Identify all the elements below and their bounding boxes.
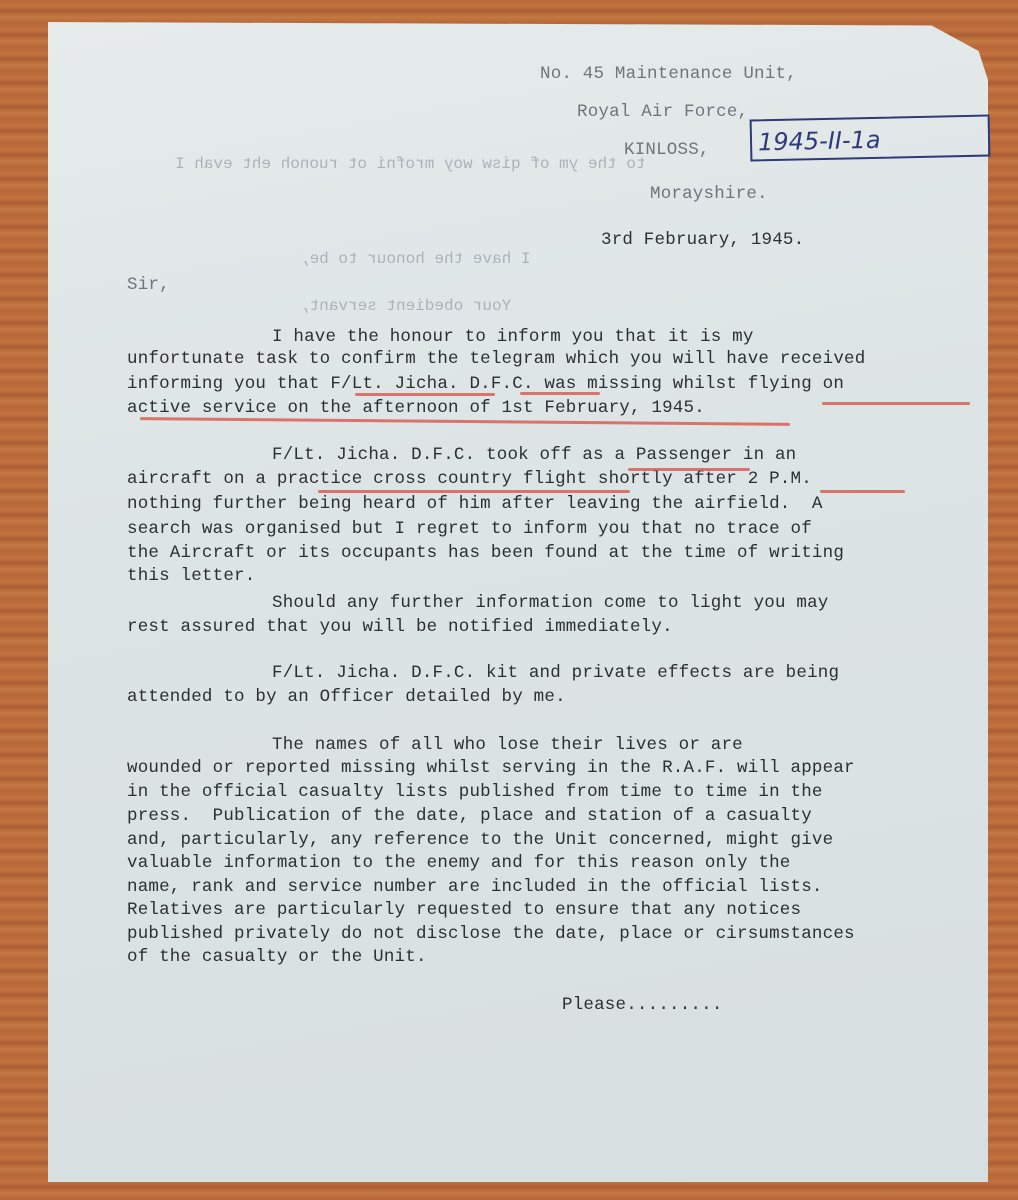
p5-line: published privately do not disclose the … — [127, 923, 855, 945]
p5-line: valuable information to the enemy and fo… — [127, 852, 791, 874]
p2-line: F/Lt. Jicha. D.F.C. took off as a Passen… — [272, 444, 796, 466]
p3-line: Should any further information come to l… — [272, 592, 829, 614]
p5-line: and, particularly, any reference to the … — [127, 829, 833, 851]
p1-line: informing you that F/Lt. Jicha. D.F.C. w… — [127, 373, 844, 395]
bleed-through-text: to the ym of qisw woy mrofni ot ruonoh e… — [175, 155, 645, 173]
red-underline — [318, 490, 630, 493]
p1-line: active service on the afternoon of 1st F… — [127, 397, 705, 419]
continuation-text: Please......... — [562, 994, 723, 1016]
red-underline — [520, 392, 600, 395]
bleed-through-servant: Your obedient servant, — [300, 297, 511, 315]
p5-line: name, rank and service number are includ… — [127, 876, 823, 898]
p2-line: the Aircraft or its occupants has been f… — [127, 542, 844, 564]
p3-line: rest assured that you will be notified i… — [127, 616, 673, 638]
p4-line: attended to by an Officer detailed by me… — [127, 686, 566, 708]
p5-line: press. Publication of the date, place an… — [127, 805, 812, 827]
p5-line: of the casualty or the Unit. — [127, 946, 427, 968]
p1-line: unfortunate task to confirm the telegram… — [127, 348, 865, 370]
p2-line: aircraft on a practice cross country fli… — [127, 468, 812, 490]
p4-line: F/Lt. Jicha. D.F.C. kit and private effe… — [272, 662, 839, 684]
letterhead-unit: No. 45 Maintenance Unit, — [540, 63, 797, 85]
red-underline — [628, 468, 750, 471]
p5-line: The names of all who lose their lives or… — [272, 734, 743, 756]
red-underline — [822, 402, 970, 405]
archive-reference-stamp: 1945-II-1a — [750, 114, 991, 161]
p2-line: nothing further being heard of him after… — [127, 493, 823, 515]
p2-line: search was organised but I regret to inf… — [127, 518, 812, 540]
p5-line: Relatives are particularly requested to … — [127, 899, 801, 921]
letterhead-county: Morayshire. — [650, 183, 768, 205]
letterhead-station: KINLOSS, — [624, 139, 710, 161]
salutation: Sir, — [127, 274, 170, 296]
p1-line: I have the honour to inform you that it … — [272, 326, 754, 348]
p5-line: in the official casualty lists published… — [127, 781, 823, 803]
letterhead-service: Royal Air Force, — [577, 101, 748, 123]
letter-date: 3rd February, 1945. — [601, 229, 804, 251]
p2-line: this letter. — [127, 565, 255, 587]
red-underline — [820, 490, 905, 493]
p5-line: wounded or reported missing whilst servi… — [127, 757, 855, 779]
bleed-through-closing: I have the honour to be, — [300, 250, 530, 268]
red-underline — [355, 393, 495, 396]
